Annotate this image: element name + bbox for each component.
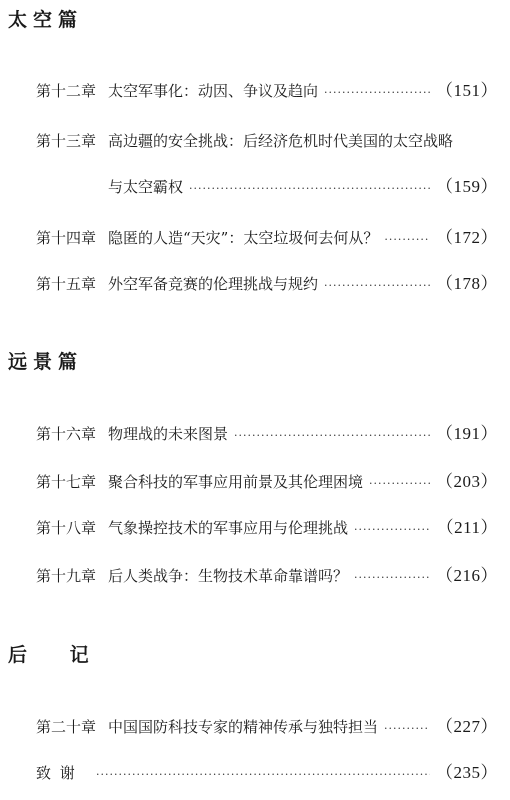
- toc-entry[interactable]: 第十三章 高边疆的安全挑战：后经济危机时代美国的太空战略: [36, 129, 498, 153]
- leader-dots: [384, 717, 430, 741]
- toc-entry[interactable]: 第十二章 太空军事化：动因、争议及趋向 （151）: [36, 79, 498, 103]
- chapter-number: 第十八章: [36, 516, 108, 540]
- chapter-title: 中国国防科技专家的精神传承与独特担当: [108, 715, 378, 739]
- leader-dots: [234, 424, 430, 448]
- page-number: （211）: [437, 516, 498, 540]
- page-number: （235）: [436, 761, 498, 785]
- acknowledgements-label: 致 谢: [36, 761, 90, 785]
- toc-entry-continuation[interactable]: 与太空霸权 （159）: [36, 175, 498, 199]
- leader-dots: [354, 566, 430, 590]
- chapter-title: 物理战的未来图景: [108, 422, 228, 446]
- leader-dots: [96, 763, 430, 787]
- leader-dots: [189, 177, 430, 201]
- leader-dots: [384, 228, 430, 252]
- chapter-title: 外空军备竞赛的伦理挑战与规约: [108, 272, 318, 296]
- chapter-title: 隐匿的人造“天灾”：太空垃圾何去何从？: [108, 226, 378, 250]
- page-number: （203）: [436, 470, 498, 494]
- chapter-number: 第十五章: [36, 272, 108, 296]
- toc-entry[interactable]: 第十六章 物理战的未来图景 （191）: [36, 422, 498, 446]
- chapter-number: 第二十章: [36, 715, 108, 739]
- leader-dots: [324, 81, 430, 105]
- chapter-number: 第十九章: [36, 564, 108, 588]
- chapter-number: 第十三章: [36, 129, 108, 153]
- toc-entry[interactable]: 第十四章 隐匿的人造“天灾”：太空垃圾何去何从？ （172）: [36, 226, 498, 250]
- leader-dots: [324, 274, 430, 298]
- chapter-title: 后人类战争：生物技术革命靠谱吗？: [108, 564, 348, 588]
- toc-entry[interactable]: 第十五章 外空军备竞赛的伦理挑战与规约 （178）: [36, 272, 498, 296]
- chapter-number: 第十六章: [36, 422, 108, 446]
- leader-dots: [369, 472, 430, 496]
- chapter-number: 第十二章: [36, 79, 108, 103]
- chapter-title: 气象操控技术的军事应用与伦理挑战: [108, 516, 348, 540]
- chapter-number: 第十四章: [36, 226, 108, 250]
- chapter-number: 第十七章: [36, 470, 108, 494]
- section-title-outlook: 远景篇: [8, 350, 83, 374]
- page-number: （191）: [436, 422, 498, 446]
- toc-entry-acknowledgements[interactable]: 致 谢 （235）: [36, 761, 498, 785]
- page-number: （172）: [436, 226, 498, 250]
- section-title-space: 太空篇: [8, 8, 83, 32]
- page-number: （227）: [436, 715, 498, 739]
- toc-entry[interactable]: 第二十章 中国国防科技专家的精神传承与独特担当 （227）: [36, 715, 498, 739]
- chapter-title-continued: 与太空霸权: [108, 175, 183, 199]
- page-number: （178）: [436, 272, 498, 296]
- leader-dots: [354, 518, 431, 542]
- chapter-title: 高边疆的安全挑战：后经济危机时代美国的太空战略: [108, 129, 453, 153]
- toc-entry[interactable]: 第十九章 后人类战争：生物技术革命靠谱吗？ （216）: [36, 564, 498, 588]
- page-number: （159）: [436, 175, 498, 199]
- chapter-title: 太空军事化：动因、争议及趋向: [108, 79, 318, 103]
- toc-entry[interactable]: 第十七章 聚合科技的军事应用前景及其伦理困境 （203）: [36, 470, 498, 494]
- section-title-afterword: 后 记: [8, 643, 107, 667]
- toc-entry[interactable]: 第十八章 气象操控技术的军事应用与伦理挑战 （211）: [36, 516, 498, 540]
- page-number: （216）: [436, 564, 498, 588]
- chapter-title: 聚合科技的军事应用前景及其伦理困境: [108, 470, 363, 494]
- page-number: （151）: [436, 79, 498, 103]
